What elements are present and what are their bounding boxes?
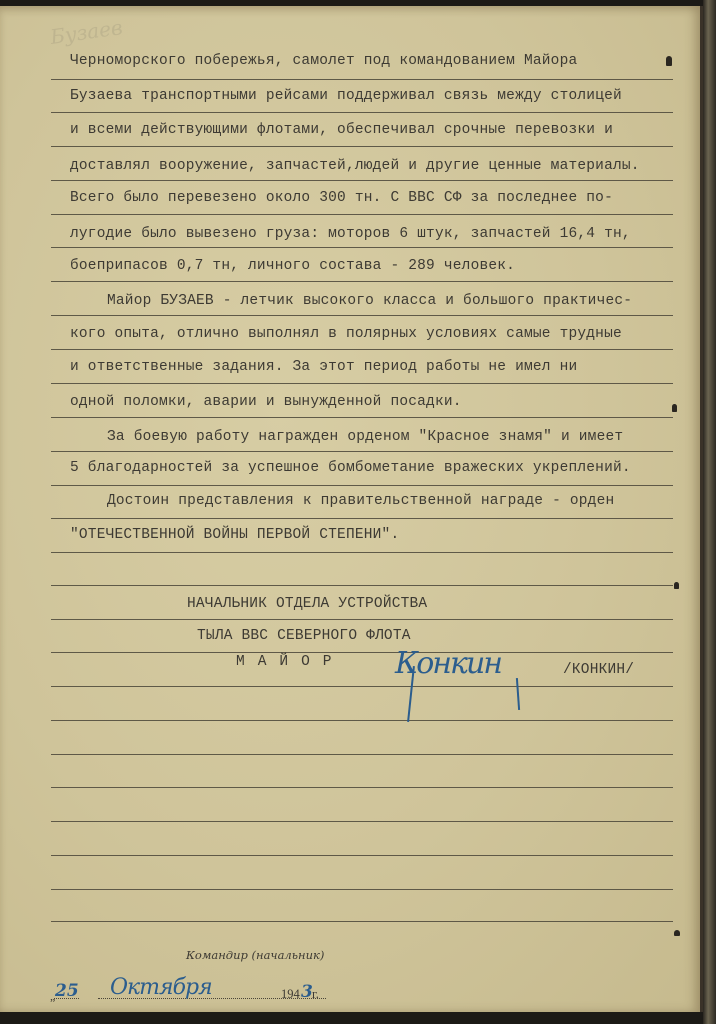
signature-stroke xyxy=(516,678,520,710)
body-line: одной поломки, аварии и вынужденной поса… xyxy=(70,394,462,410)
ruled-line xyxy=(51,349,673,350)
body-line: "ОТЕЧЕСТВЕННОЙ ВОЙНЫ ПЕРВОЙ СТЕПЕНИ". xyxy=(70,527,399,543)
ruled-line xyxy=(51,821,673,822)
ruled-line xyxy=(51,112,673,113)
ruled-line xyxy=(51,720,673,721)
ruled-line xyxy=(51,652,673,653)
date-day-handwritten: 25 xyxy=(55,981,79,1001)
commander-label: Командир (начальник) xyxy=(186,948,324,962)
ruled-line xyxy=(51,485,673,486)
ruled-line xyxy=(51,787,673,788)
ruled-line xyxy=(51,552,673,553)
ruled-line xyxy=(51,518,673,519)
body-line: За боевую работу награжден орденом "Крас… xyxy=(107,429,623,445)
body-line: кого опыта, отлично выполнял в полярных … xyxy=(70,326,622,342)
signatory-typed-name: /КОНКИН/ xyxy=(563,662,634,678)
ruled-line xyxy=(51,686,673,687)
body-line: Черноморского побережья, самолет под ком… xyxy=(70,53,577,69)
ruled-line xyxy=(51,585,673,586)
ruled-line xyxy=(51,855,673,856)
binding-hole xyxy=(672,404,677,412)
ruled-line xyxy=(51,214,673,215)
ruled-line xyxy=(51,619,673,620)
signatory-rank: МАЙОР xyxy=(236,654,345,670)
ruled-line xyxy=(51,79,673,80)
body-line: доставлял вооружение, запчастей,людей и … xyxy=(70,158,640,174)
signatory-title-line2: ТЫЛА ВВС СЕВЕРНОГО ФЛОТА xyxy=(197,628,411,644)
page-edge xyxy=(703,0,716,1024)
body-line: Всего было перевезено около 300 тн. С ВВ… xyxy=(70,190,613,206)
date-year-suffix: г. xyxy=(312,987,319,1002)
body-line: и ответственные задания. За этот период … xyxy=(70,359,577,375)
signatory-title-line1: НАЧАЛЬНИК ОТДЕЛА УСТРОЙСТВА xyxy=(187,596,427,612)
ruled-line xyxy=(51,383,673,384)
binding-hole xyxy=(666,56,672,66)
ruled-line xyxy=(51,754,673,755)
ghost-stamp-text: Бузаев xyxy=(49,15,124,49)
ruled-line xyxy=(51,281,673,282)
body-line: и всеми действующими флотами, обеспечива… xyxy=(70,122,613,138)
ruled-line xyxy=(51,180,673,181)
binding-hole xyxy=(674,930,680,936)
ruled-line xyxy=(51,921,673,922)
body-line: 5 благодарностей за успешное бомбометани… xyxy=(70,460,631,476)
date-month-handwritten: Октября xyxy=(110,975,212,1000)
ruled-line xyxy=(51,889,673,890)
binding-hole xyxy=(674,582,679,589)
ruled-line xyxy=(51,417,673,418)
body-line: Достоин представления к правительственно… xyxy=(107,493,614,509)
body-line: боеприпасов 0,7 тн, личного состава - 28… xyxy=(70,258,515,274)
body-line: Бузаева транспортными рейсами поддержива… xyxy=(70,88,622,104)
body-line: лугодие было вывезено груза: моторов 6 ш… xyxy=(70,226,631,242)
ruled-line xyxy=(51,315,673,316)
date-field: „ 25 Октября 194 3 г. xyxy=(50,981,340,1005)
date-year-printed: 194 xyxy=(281,987,300,1002)
ruled-line xyxy=(51,146,673,147)
ruled-line xyxy=(51,247,673,248)
body-line: Майор БУЗАЕВ - летчик высокого класса и … xyxy=(107,293,632,309)
ruled-line xyxy=(51,451,673,452)
document-page: Бузаев Черноморского побережья, самолет … xyxy=(0,6,703,1012)
